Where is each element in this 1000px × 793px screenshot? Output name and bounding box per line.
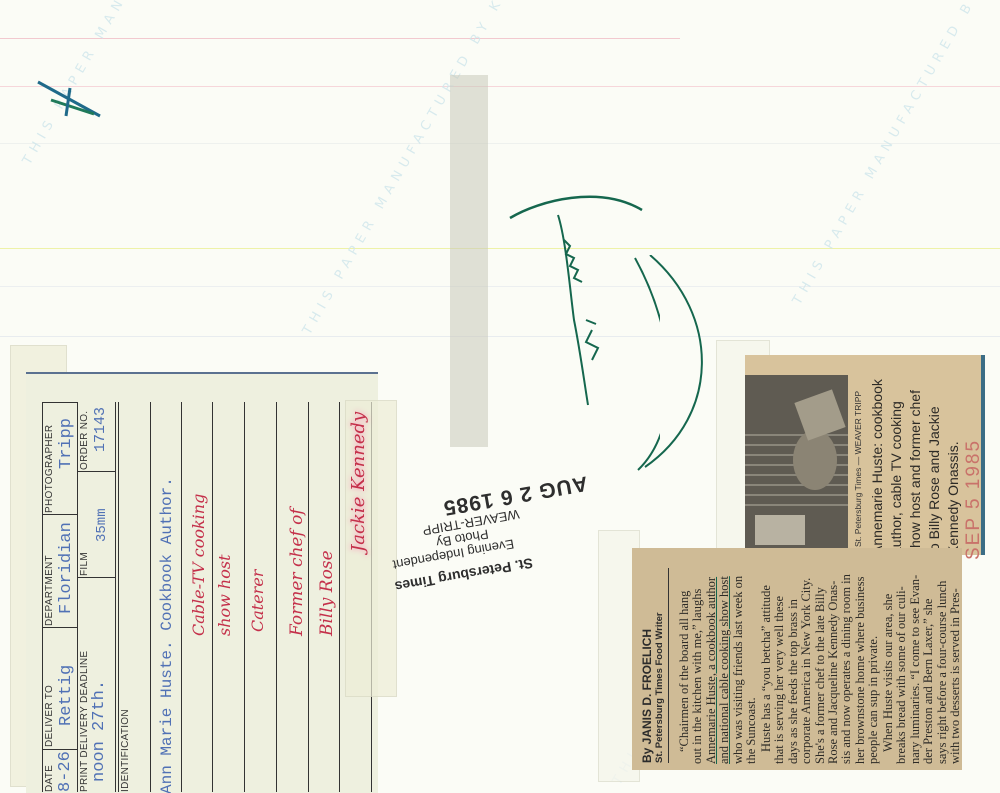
photographer-value: Tripp xyxy=(57,418,76,469)
byline-sub: St. Petersburg Times Food Writer xyxy=(654,612,665,763)
photo-caption-line: Annemarie Huste: cookbook xyxy=(869,379,885,555)
department-value: Floridian xyxy=(57,522,76,614)
date-value: 8-26 xyxy=(56,751,75,792)
deliver-to-value: Rettig xyxy=(57,665,76,726)
identification-label: IDENTIFICATION xyxy=(120,709,131,792)
identification-typed: Ann Marie Huste. Cookbook Author. xyxy=(158,477,176,793)
photographer-label: PHOTOGRAPHER xyxy=(44,425,55,513)
order-no-label: ORDER NO. xyxy=(79,411,90,470)
article-paragraph-3: When Huste visits our area, she breaks b… xyxy=(882,564,962,764)
order-no-value: 17143 xyxy=(92,407,109,452)
photo-caption-line: to Billy Rose and Jackie xyxy=(926,406,942,555)
film-label: FILM xyxy=(79,552,90,576)
print-deadline-value: noon 27th. xyxy=(90,680,109,782)
watermark: THIS PAPER MANUFACTURED BY KODAK xyxy=(790,0,1000,308)
photo-caption-line: show host and former chef xyxy=(907,390,923,555)
photo-caption-line: Kennedy Onassis. xyxy=(945,441,961,555)
date-label: DATE xyxy=(44,765,55,792)
order-form-card: DATE DELIVER TO DEPARTMENT PHOTOGRAPHER … xyxy=(26,372,378,793)
handwritten-note: Former chef of Billy Rose xyxy=(282,476,342,636)
photo-clipping: St. Petersburg Times — WEAVER TRIPP Anne… xyxy=(745,355,985,555)
tape-strip xyxy=(450,75,488,447)
department-label: DEPARTMENT xyxy=(44,555,55,626)
handwritten-note: Cable-TV cooking show host xyxy=(186,466,238,636)
article-paragraph-2: Huste has a “you betcha” attitude that i… xyxy=(760,564,881,764)
ruling-line xyxy=(0,143,1000,144)
newspaper-photo xyxy=(745,375,848,553)
article-clipping: By JANIS D. FROELICH St. Petersburg Time… xyxy=(632,548,962,770)
print-deadline-label: PRINT DELIVERY DEADLINE xyxy=(79,651,90,792)
deliver-to-label: DELIVER TO xyxy=(44,685,55,747)
byline: By JANIS D. FROELICH xyxy=(640,629,654,763)
film-value: 35mm xyxy=(94,508,110,542)
article-paragraph-1: “Chairmen of the board all hang out in t… xyxy=(678,564,758,764)
handwritten-note: Caterer xyxy=(248,570,267,632)
photo-caption-line: author, cable TV cooking xyxy=(888,401,904,555)
corner-mark xyxy=(36,78,106,128)
photo-stamp: AUG 2 6 1985 WEAVER-TRIPP Photo By Eveni… xyxy=(392,455,592,615)
handwritten-note: Jackie Kennedy xyxy=(348,412,369,552)
ruling-line xyxy=(0,86,1000,87)
margin-note-arc xyxy=(630,255,720,480)
photo-credit: St. Petersburg Times — WEAVER TRIPP xyxy=(853,391,863,547)
